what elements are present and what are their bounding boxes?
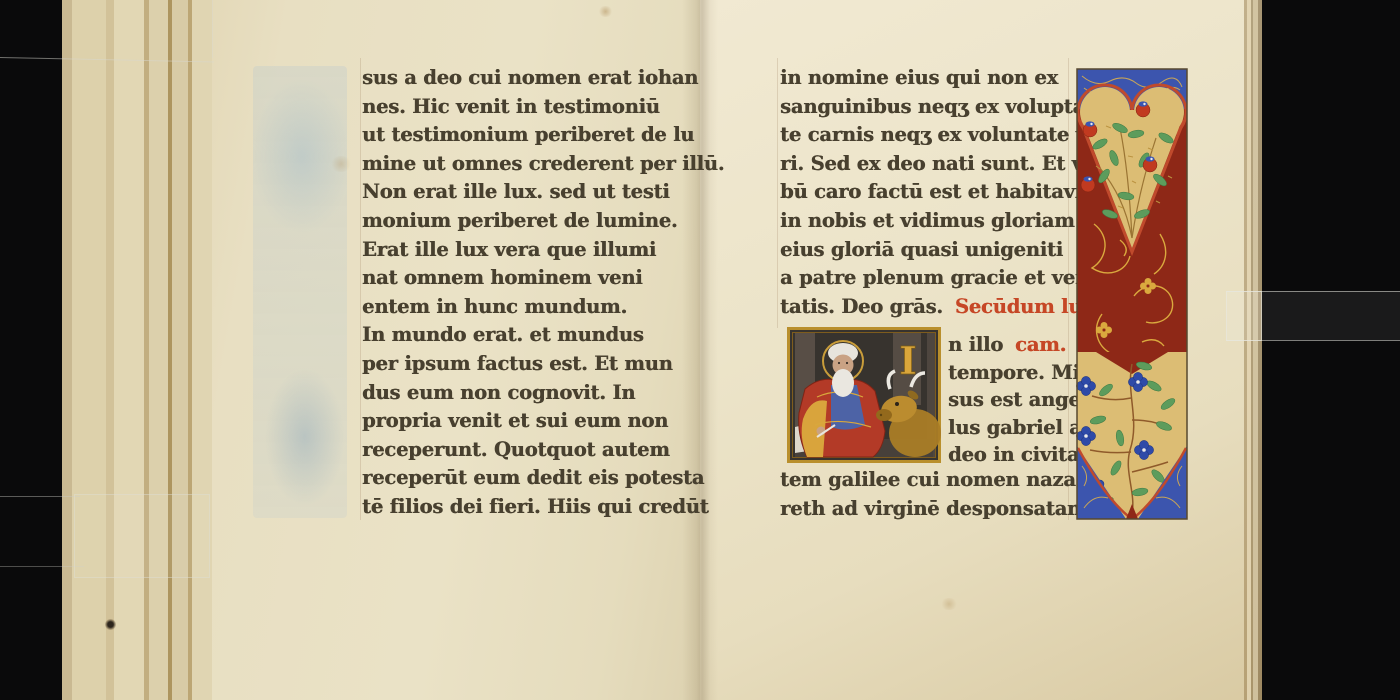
manuscript-line: In mundo erat. et mundus bbox=[362, 321, 724, 350]
manuscript-line: tempore. Mis bbox=[948, 359, 1091, 387]
left-page-edge-stack bbox=[62, 0, 212, 700]
rubric-red-text: cam. bbox=[1015, 333, 1066, 356]
conservation-tape bbox=[1226, 291, 1400, 341]
manuscript-line: dus eum non cognovit. In bbox=[362, 379, 724, 408]
manuscript-line: nes. Hic venit in testimoniū bbox=[362, 93, 724, 122]
ruling-line bbox=[777, 58, 778, 328]
right-text-column-side: n illocam. tempore. Mis sus est ange lus… bbox=[948, 331, 1091, 469]
offset-ghost-image bbox=[253, 66, 347, 518]
stain bbox=[598, 6, 613, 17]
glassine-tab bbox=[74, 494, 210, 578]
floral-border-art bbox=[1076, 68, 1188, 520]
manuscript-line: tatis. Deo grās.Secūdum lu bbox=[780, 293, 1105, 322]
manuscript-line: in nomine eius qui non ex bbox=[780, 64, 1105, 93]
manuscript-line: sus a deo cui nomen erat iohan bbox=[362, 64, 724, 93]
manuscript-line: sanguinibus neqʒ ex volupta bbox=[780, 93, 1105, 122]
manuscript-line: reth ad virginē desponsatam bbox=[780, 495, 1087, 524]
manuscript-line: Non erat ille lux. sed ut testi bbox=[362, 178, 724, 207]
thread-line bbox=[0, 566, 84, 567]
manuscript-line: in nobis et vidimus gloriam bbox=[780, 207, 1105, 236]
thread-line bbox=[212, 0, 213, 58]
left-text-column: sus a deo cui nomen erat iohan nes. Hic … bbox=[362, 64, 724, 522]
gold-initial: I bbox=[899, 338, 917, 383]
thread-line bbox=[0, 496, 80, 497]
manuscript-line: entem in hunc mundum. bbox=[362, 293, 724, 322]
right-page-edge-stack bbox=[1238, 0, 1262, 700]
floral-border bbox=[1076, 68, 1188, 520]
ruling-line bbox=[360, 58, 361, 520]
eye bbox=[838, 362, 840, 364]
side-line-black: n illo bbox=[948, 333, 1003, 356]
wormhole bbox=[105, 619, 116, 630]
manuscript-line: ut testimonium periberet de lu bbox=[362, 121, 724, 150]
stain bbox=[330, 156, 352, 172]
manuscript-line: bū caro factū est et habitavit bbox=[780, 178, 1105, 207]
manuscript-line: propria venit et sui eum non bbox=[362, 407, 724, 436]
manuscript-line: tem galilee cui nomen naza bbox=[780, 466, 1087, 495]
manuscript-line: ri. Sed ex deo nati sunt. Et ver bbox=[780, 150, 1105, 179]
manuscript-photo: sus a deo cui nomen erat iohan nes. Hic … bbox=[0, 0, 1400, 700]
evangelist-miniature: I bbox=[787, 327, 941, 463]
manuscript-line: monium periberet de lumine. bbox=[362, 207, 724, 236]
eye bbox=[846, 362, 848, 364]
right-text-column-bottom: tem galilee cui nomen naza reth ad virgi… bbox=[780, 466, 1087, 523]
white-beard bbox=[832, 369, 854, 397]
rubric-red-text: Secūdum lu bbox=[955, 295, 1082, 318]
miniature-illustration: I bbox=[787, 327, 941, 463]
manuscript-line: n illocam. bbox=[948, 331, 1091, 359]
manuscript-line: a patre plenum gracie et veri bbox=[780, 264, 1105, 293]
manuscript-line: deo in civita bbox=[948, 441, 1091, 469]
rubric-line-black: tatis. Deo grās. bbox=[780, 295, 943, 318]
manuscript-line: tē filios dei fieri. Hiis qui credūt bbox=[362, 493, 724, 522]
manuscript-line: eius gloriā quasi unigeniti bbox=[780, 236, 1105, 265]
right-text-column-top: in nomine eius qui non ex sanguinibus ne… bbox=[780, 64, 1105, 321]
manuscript-line: sus est ange bbox=[948, 386, 1091, 414]
manuscript-line: per ipsum factus est. Et mun bbox=[362, 350, 724, 379]
stain bbox=[940, 598, 958, 610]
manuscript-line: te carnis neqʒ ex voluntate vi bbox=[780, 121, 1105, 150]
manuscript-line: lus gabriel a bbox=[948, 414, 1091, 442]
manuscript-line: Erat ille lux vera que illumi bbox=[362, 236, 724, 265]
manuscript-line: nat omnem hominem veni bbox=[362, 264, 724, 293]
manuscript-line: receperunt. Quotquot autem bbox=[362, 436, 724, 465]
manuscript-line: mine ut omnes crederent per illū. bbox=[362, 150, 724, 179]
tape-tab bbox=[1226, 291, 1262, 341]
manuscript-line: receperūt eum dedit eis potesta bbox=[362, 464, 724, 493]
